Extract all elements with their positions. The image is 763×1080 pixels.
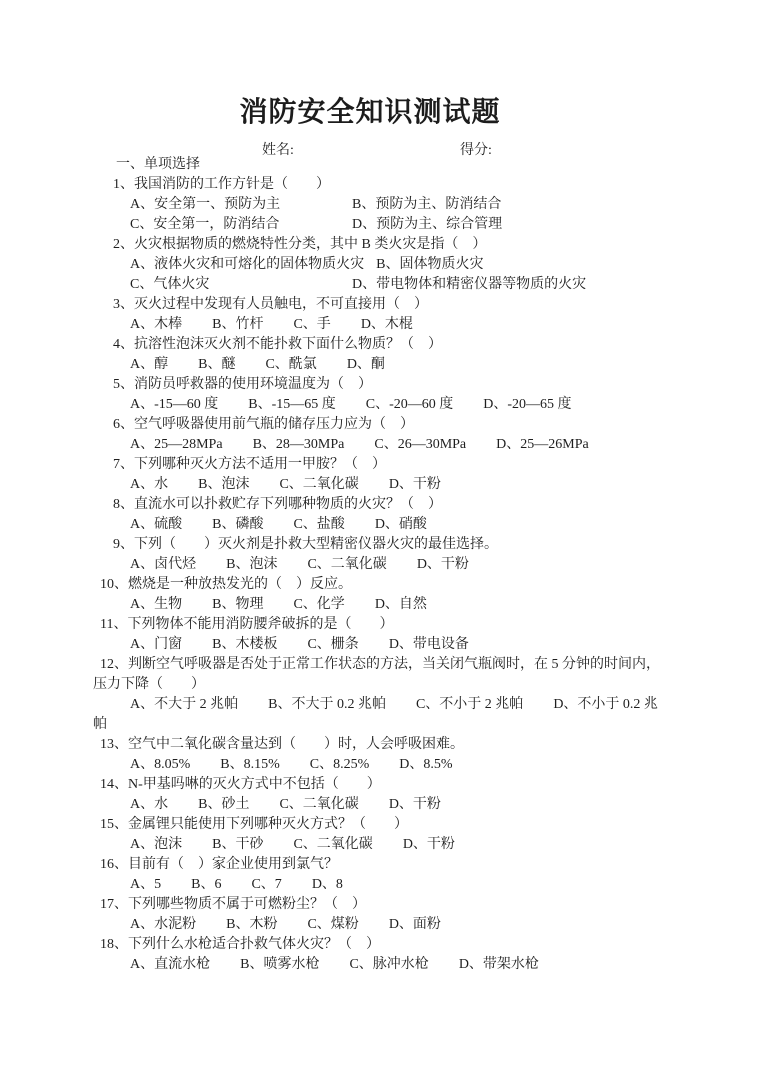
question-text: 18、下列什么水枪适合扑救气体火灾？（ ） [93,935,679,955]
option: B、物理 [212,595,263,615]
option: C、安全第一，防消结合 [130,215,340,235]
option: B、竹杆 [212,315,263,335]
question-text: 15、金属锂只能使用下列哪种灭火方式？（ ） [93,815,679,835]
question-12: 12、判断空气呼吸器是否处于正常工作状态的方法，当关闭气瓶阀时，在 5 分钟的时… [93,655,679,735]
option: C、气体火灾 [130,275,340,295]
question-5: 5、消防员呼救器的使用环境温度为（ ）A、-15—60 度B、-15—65 度C… [93,375,679,415]
option: D、预防为主、综合管理 [352,215,502,235]
question-16: 16、目前有（ ）家企业使用到氯气？A、5B、6C、7D、8 [93,855,679,895]
document-page: 消防安全知识测试题 姓名: 得分: 一、单项选择 1、我国消防的工作方针是（ ）… [0,0,763,1080]
question-text: 8、直流水可以扑救贮存下列哪种物质的火灾？（ ） [93,495,679,515]
question-text: 6、空气呼吸器使用前气瓶的储存压力应为（ ） [93,415,679,435]
option: C、26—30MPa [374,435,466,455]
option: A、8.05% [130,755,190,775]
option: C、化学 [293,595,344,615]
option: D、干粉 [417,555,469,575]
question-17: 17、下列哪些物质不属于可燃粉尘？（ ）A、水泥粉B、木粉C、煤粉D、面粉 [93,895,679,935]
options-row: A、8.05%B、8.15%C、8.25%D、8.5% [93,755,679,775]
option: A、25—28MPa [130,435,223,455]
question-list: 一、单项选择 1、我国消防的工作方针是（ ）A、安全第一、预防为主B、预防为主、… [93,155,679,975]
option: A、水 [130,475,168,495]
option: C、7 [251,875,281,895]
option: A、泡沫 [130,835,182,855]
options-row: A、直流水枪B、喷雾水枪C、脉冲水枪D、带架水枪 [93,955,679,975]
option: D、自然 [375,595,427,615]
option: A、水 [130,795,168,815]
option: C、手 [293,315,330,335]
option: A、生物 [130,595,182,615]
question-8: 8、直流水可以扑救贮存下列哪种物质的火灾？（ ）A、硫酸B、磷酸C、盐酸D、硝酸 [93,495,679,535]
question-text: 14、N-甲基吗啉的灭火方式中不包括（ ） [93,775,679,795]
options-row-continued: 帕 [93,715,679,735]
option: A、醇 [130,355,168,375]
section-heading: 一、单项选择 [93,155,679,175]
option: A、不大于 2 兆帕 [130,695,238,715]
option: D、8 [312,875,343,895]
options-row: A、液体火灾和可熔化的固体物质火灾B、固体物质火灾 [93,255,679,275]
option: D、干粉 [389,795,441,815]
question-18: 18、下列什么水枪适合扑救气体火灾？（ ）A、直流水枪B、喷雾水枪C、脉冲水枪D… [93,935,679,975]
option: B、磷酸 [212,515,263,535]
option: C、-20—60 度 [366,395,454,415]
option: B、固体物质火灾 [376,255,483,275]
option: D、不小于 0.2 兆 [553,695,658,715]
option: A、水泥粉 [130,915,196,935]
option: B、6 [191,875,221,895]
option: A、安全第一、预防为主 [130,195,340,215]
options-row: A、泡沫B、干砂C、二氧化碳D、干粉 [93,835,679,855]
option: C、二氧化碳 [279,795,358,815]
question-10: 10、燃烧是一种放热发光的（ ）反应。A、生物B、物理C、化学D、自然 [93,575,679,615]
option: D、带电物体和精密仪器等物质的火灾 [352,275,586,295]
option: B、砂土 [198,795,249,815]
question-text: 7、下列哪种灭火方法不适用一甲胺？（ ） [93,455,679,475]
option: B、喷雾水枪 [240,955,319,975]
question-3: 3、灭火过程中发现有人员触电，不可直接用（ ）A、木棒B、竹杆C、手D、木棍 [93,295,679,335]
option: D、带电设备 [389,635,469,655]
question-text: 10、燃烧是一种放热发光的（ ）反应。 [93,575,679,595]
option: D、面粉 [389,915,441,935]
question-text-continued: 压力下降（ ） [93,675,679,695]
option: D、带架水枪 [459,955,539,975]
option: C、二氧化碳 [293,835,372,855]
question-15: 15、金属锂只能使用下列哪种灭火方式？（ ）A、泡沫B、干砂C、二氧化碳D、干粉 [93,815,679,855]
options-row: A、不大于 2 兆帕B、不大于 0.2 兆帕C、不小于 2 兆帕D、不小于 0.… [93,695,679,715]
option: D、干粉 [389,475,441,495]
option: B、醚 [198,355,235,375]
question-text: 9、下列（ ）灭火剂是扑救大型精密仪器火灾的最佳选择。 [93,535,679,555]
option: B、预防为主、防消结合 [352,195,501,215]
options-row: A、硫酸B、磷酸C、盐酸D、硝酸 [93,515,679,535]
option: A、硫酸 [130,515,182,535]
option: C、栅条 [307,635,358,655]
question-text: 13、空气中二氧化碳含量达到（ ）时，人会呼吸困难。 [93,735,679,755]
options-row: A、木棒B、竹杆C、手D、木棍 [93,315,679,335]
question-1: 1、我国消防的工作方针是（ ）A、安全第一、预防为主B、预防为主、防消结合C、安… [93,175,679,235]
option: B、木楼板 [212,635,277,655]
question-text: 17、下列哪些物质不属于可燃粉尘？（ ） [93,895,679,915]
question-13: 13、空气中二氧化碳含量达到（ ）时，人会呼吸困难。A、8.05%B、8.15%… [93,735,679,775]
question-text: 3、灭火过程中发现有人员触电，不可直接用（ ） [93,295,679,315]
question-11: 11、下列物体不能用消防腰斧破拆的是（ ）A、门窗B、木楼板C、栅条D、带电设备 [93,615,679,655]
page-title: 消防安全知识测试题 [0,90,740,130]
option: C、脉冲水枪 [349,955,428,975]
question-text: 16、目前有（ ）家企业使用到氯气？ [93,855,679,875]
question-text: 12、判断空气呼吸器是否处于正常工作状态的方法，当关闭气瓶阀时，在 5 分钟的时… [93,655,679,675]
option: C、煤粉 [307,915,358,935]
question-6: 6、空气呼吸器使用前气瓶的储存压力应为（ ）A、25—28MPaB、28—30M… [93,415,679,455]
options-row: A、水泥粉B、木粉C、煤粉D、面粉 [93,915,679,935]
option: B、木粉 [226,915,277,935]
option: B、泡沫 [226,555,277,575]
options-row: A、5B、6C、7D、8 [93,875,679,895]
option: C、二氧化碳 [307,555,386,575]
option: A、-15—60 度 [130,395,218,415]
question-text: 11、下列物体不能用消防腰斧破拆的是（ ） [93,615,679,635]
question-14: 14、N-甲基吗啉的灭火方式中不包括（ ）A、水B、砂土C、二氧化碳D、干粉 [93,775,679,815]
options-row: A、门窗B、木楼板C、栅条D、带电设备 [93,635,679,655]
question-text: 2、火灾根据物质的燃烧特性分类，其中 B 类火灾是指（ ） [93,235,679,255]
questions-container: 1、我国消防的工作方针是（ ）A、安全第一、预防为主B、预防为主、防消结合C、安… [93,175,679,975]
option: D、硝酸 [375,515,427,535]
option: B、泡沫 [198,475,249,495]
question-text: 5、消防员呼救器的使用环境温度为（ ） [93,375,679,395]
option: C、盐酸 [293,515,344,535]
option: C、8.25% [310,755,370,775]
question-7: 7、下列哪种灭火方法不适用一甲胺？（ ）A、水B、泡沫C、二氧化碳D、干粉 [93,455,679,495]
option: D、干粉 [403,835,455,855]
question-text: 1、我国消防的工作方针是（ ） [93,175,679,195]
option: B、-15—65 度 [248,395,336,415]
option: B、干砂 [212,835,263,855]
option: C、不小于 2 兆帕 [416,695,523,715]
option: A、门窗 [130,635,182,655]
options-row: C、安全第一，防消结合D、预防为主、综合管理 [93,215,679,235]
options-row: A、水B、泡沫C、二氧化碳D、干粉 [93,475,679,495]
options-row: A、-15—60 度B、-15—65 度C、-20—60 度D、-20—65 度 [93,395,679,415]
options-row: A、卤代烃B、泡沫C、二氧化碳D、干粉 [93,555,679,575]
option: B、8.15% [220,755,280,775]
option: A、液体火灾和可熔化的固体物质火灾 [130,255,364,275]
option: D、酮 [347,355,385,375]
option: B、不大于 0.2 兆帕 [268,695,386,715]
question-9: 9、下列（ ）灭火剂是扑救大型精密仪器火灾的最佳选择。A、卤代烃B、泡沫C、二氧… [93,535,679,575]
options-row: A、醇B、醚C、酰氯D、酮 [93,355,679,375]
option: A、木棒 [130,315,182,335]
option: C、二氧化碳 [279,475,358,495]
option: D、8.5% [399,755,452,775]
question-text: 4、抗溶性泡沫灭火剂不能扑救下面什么物质？（ ） [93,335,679,355]
question-2: 2、火灾根据物质的燃烧特性分类，其中 B 类火灾是指（ ）A、液体火灾和可熔化的… [93,235,679,295]
question-4: 4、抗溶性泡沫灭火剂不能扑救下面什么物质？（ ）A、醇B、醚C、酰氯D、酮 [93,335,679,375]
option: D、25—26MPa [496,435,589,455]
option: B、28—30MPa [253,435,345,455]
option: C、酰氯 [265,355,316,375]
option: A、直流水枪 [130,955,210,975]
option: A、卤代烃 [130,555,196,575]
options-row: A、25—28MPaB、28—30MPaC、26—30MPaD、25—26MPa [93,435,679,455]
options-row: A、水B、砂土C、二氧化碳D、干粉 [93,795,679,815]
options-row: A、生物B、物理C、化学D、自然 [93,595,679,615]
option: D、木棍 [361,315,413,335]
option: D、-20—65 度 [483,395,571,415]
options-row: C、气体火灾D、带电物体和精密仪器等物质的火灾 [93,275,679,295]
options-row: A、安全第一、预防为主B、预防为主、防消结合 [93,195,679,215]
option: A、5 [130,875,161,895]
